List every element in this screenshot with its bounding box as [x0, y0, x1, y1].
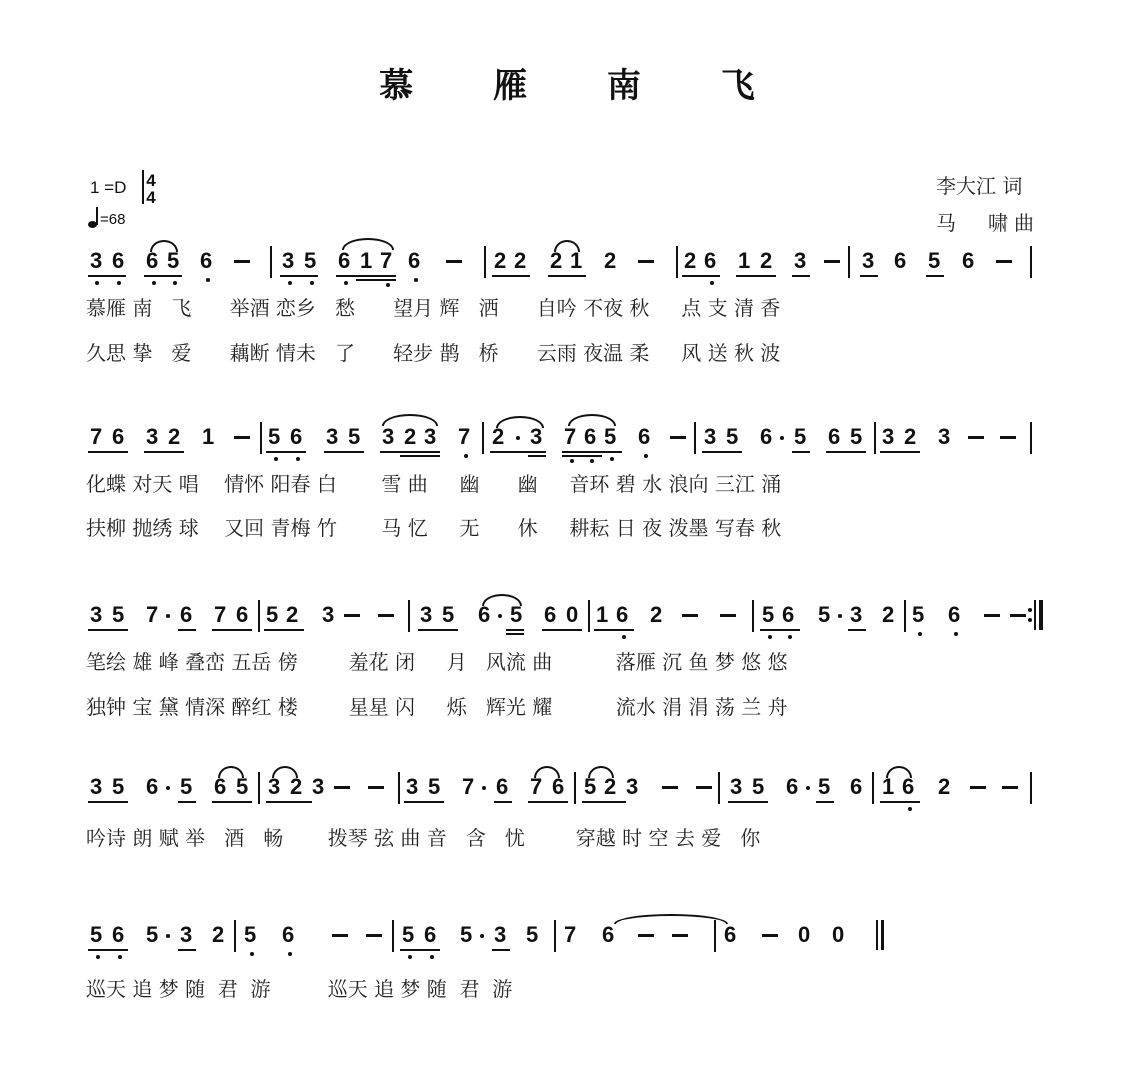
note: 6 — [282, 922, 294, 948]
note: 5 — [402, 922, 414, 948]
quarter-note-icon — [88, 208, 100, 228]
note: 6 — [112, 922, 124, 948]
note: 7 — [90, 424, 102, 450]
note: 2 — [212, 922, 224, 948]
note: 2 — [650, 602, 662, 628]
final-barline — [876, 920, 878, 950]
note: 0 — [566, 602, 578, 628]
note: 1 — [202, 424, 214, 450]
note: 3 — [938, 424, 950, 450]
time-bottom: 4 — [142, 189, 160, 206]
lyrics-line-3b: 独钟 宝 黛 情深 醉红 楼 星星 闪 烁 辉光 耀 流水 涓 涓 荡 兰 舟 — [86, 691, 788, 720]
lyrics-line-1a: 慕雁 南 飞 举酒 恋乡 愁 望月 辉 洒 自吟 不夜 秋 点 支 清 香 — [86, 292, 780, 321]
note: 5 — [526, 922, 538, 948]
note: 3 — [146, 424, 158, 450]
note: 3 — [326, 424, 338, 450]
note: 1 — [596, 602, 608, 628]
note: 2 — [684, 248, 696, 274]
note: 3 — [730, 774, 742, 800]
note: 6 — [236, 602, 248, 628]
note: 3 — [530, 424, 542, 450]
note: 5 — [244, 922, 256, 948]
note: 5 — [236, 774, 248, 800]
note: 5 — [752, 774, 764, 800]
note: 7 — [564, 424, 576, 450]
note: 6 — [146, 774, 158, 800]
note: 5 — [928, 248, 940, 274]
note: 7 — [146, 602, 158, 628]
note: 5 — [428, 774, 440, 800]
note: 3 — [90, 774, 102, 800]
note: 3 — [282, 248, 294, 274]
note: 7 — [458, 424, 470, 450]
note: 5 — [510, 602, 522, 628]
time-top: 4 — [142, 172, 160, 189]
note: 2 — [760, 248, 772, 274]
time-divider — [142, 170, 144, 204]
note: 5 — [762, 602, 774, 628]
lyrics-line-5: 巡天 追 梦 随 君 游 巡天 追 梦 随 君 游 — [86, 973, 512, 1002]
note: 3 — [420, 602, 432, 628]
note: 6 — [544, 602, 556, 628]
note: 5 — [304, 248, 316, 274]
note: 6 — [338, 248, 350, 274]
note: 3 — [424, 424, 436, 450]
note: 6 — [828, 424, 840, 450]
note: 5 — [604, 424, 616, 450]
note: 6 — [478, 602, 490, 628]
note: 5 — [266, 602, 278, 628]
note: 2 — [286, 602, 298, 628]
staff-line-5: 5 6 5 3 2 5 6 5 6 5 3 5 7 6 6 0 0 — [86, 922, 1046, 956]
note: 7 — [462, 774, 474, 800]
note: 2 — [290, 774, 302, 800]
key-signature: 1 =D — [90, 178, 126, 198]
note: 6 — [638, 424, 650, 450]
note: 6 — [290, 424, 302, 450]
note: 0 — [798, 922, 810, 948]
lyrics-line-2b: 扶柳 抛绣 球 又回 青梅 竹 马 忆 无 休 耕耘 日 夜 泼墨 写春 秋 — [86, 512, 781, 541]
note: 6 — [552, 774, 564, 800]
note: 3 — [382, 424, 394, 450]
note: 2 — [492, 424, 504, 450]
note: 0 — [832, 922, 844, 948]
note: 7 — [214, 602, 226, 628]
staff-line-1: 3 6 6 5 6 3 5 6 1 7 6 2 2 2 1 2 2 6 1 2 … — [86, 248, 1046, 282]
note: 6 — [146, 248, 158, 274]
note: 3 — [90, 248, 102, 274]
note: 5 — [460, 922, 472, 948]
note: 6 — [112, 424, 124, 450]
tempo-marking: =68 — [88, 208, 125, 228]
note: 3 — [494, 922, 506, 948]
staff-line-2: 7 6 3 2 1 5 6 3 5 3 2 3 7 2 3 7 6 5 6 3 … — [86, 424, 1046, 458]
note: 3 — [850, 602, 862, 628]
note: 6 — [200, 248, 212, 274]
note: 5 — [268, 424, 280, 450]
note: 5 — [726, 424, 738, 450]
note: 6 — [112, 248, 124, 274]
note: 5 — [818, 774, 830, 800]
note: 7 — [380, 248, 392, 274]
note: 6 — [704, 248, 716, 274]
note: 2 — [550, 248, 562, 274]
note: 3 — [882, 424, 894, 450]
note: 5 — [794, 424, 806, 450]
note: 5 — [912, 602, 924, 628]
note: 6 — [724, 922, 736, 948]
note: 5 — [584, 774, 596, 800]
note: 6 — [584, 424, 596, 450]
note: 6 — [214, 774, 226, 800]
note: 6 — [602, 922, 614, 948]
lyrics-line-4: 吟诗 朗 赋 举 酒 畅 拨琴 弦 曲 音 含 忧 穿越 时 空 去 爱 你 — [86, 822, 760, 851]
note: 3 — [312, 774, 324, 800]
note: 2 — [882, 602, 894, 628]
note: 3 — [406, 774, 418, 800]
note: 3 — [90, 602, 102, 628]
note: 3 — [180, 922, 192, 948]
note: 2 — [604, 248, 616, 274]
note: 7 — [564, 922, 576, 948]
note: 5 — [348, 424, 360, 450]
note: 5 — [112, 602, 124, 628]
note: 5 — [818, 602, 830, 628]
note: 2 — [904, 424, 916, 450]
note: 3 — [322, 602, 334, 628]
note: 3 — [268, 774, 280, 800]
note: 3 — [704, 424, 716, 450]
note: 6 — [962, 248, 974, 274]
note: 5 — [442, 602, 454, 628]
note: 6 — [948, 602, 960, 628]
lyrics-line-3a: 笔绘 雄 峰 叠峦 五岳 傍 羞花 闭 月 风流 曲 落雁 沉 鱼 梦 悠 悠 — [86, 646, 788, 675]
note: 2 — [404, 424, 416, 450]
lyrics-line-1b: 久思 挚 爱 藕断 情未 了 轻步 鹊 桥 云雨 夜温 柔 风 送 秋 波 — [86, 337, 780, 366]
note: 6 — [760, 424, 772, 450]
repeat-end-barline — [1034, 600, 1036, 630]
note: 2 — [168, 424, 180, 450]
note: 6 — [902, 774, 914, 800]
note: 3 — [862, 248, 874, 274]
note: 1 — [882, 774, 894, 800]
note: 2 — [938, 774, 950, 800]
note: 5 — [112, 774, 124, 800]
note: 3 — [794, 248, 806, 274]
note: 5 — [90, 922, 102, 948]
note: 2 — [514, 248, 526, 274]
song-title: 慕 雁 南 飞 — [0, 58, 1134, 107]
composer-credit: 马 啸曲 — [936, 207, 1040, 236]
note: 7 — [530, 774, 542, 800]
note: 2 — [604, 774, 616, 800]
note: 3 — [626, 774, 638, 800]
note: 5 — [167, 248, 179, 274]
tempo-value: =68 — [100, 211, 125, 228]
note: 6 — [782, 602, 794, 628]
time-signature: 4 4 — [142, 172, 160, 206]
lyrics-line-2a: 化蝶 对天 唱 情怀 阳春 白 雪 曲 幽 幽 音环 碧 水 浪向 三江 涌 — [86, 468, 781, 497]
note: 1 — [570, 248, 582, 274]
note: 6 — [786, 774, 798, 800]
note: 5 — [180, 774, 192, 800]
note: 5 — [146, 922, 158, 948]
note: 6 — [408, 248, 420, 274]
note: 6 — [850, 774, 862, 800]
note: 1 — [738, 248, 750, 274]
note: 5 — [850, 424, 862, 450]
note: 1 — [360, 248, 372, 274]
note: 6 — [424, 922, 436, 948]
staff-line-3: 3 5 7 6 7 6 5 2 3 3 5 6 5 6 0 1 6 2 5 6 … — [86, 602, 1046, 636]
lyricist-credit: 李大江 词 — [936, 170, 1022, 199]
staff-line-4: 3 5 6 5 6 5 3 2 3 3 5 7 6 7 6 5 2 3 3 5 … — [86, 774, 1046, 808]
note: 6 — [616, 602, 628, 628]
note: 6 — [894, 248, 906, 274]
note: 6 — [496, 774, 508, 800]
note: 6 — [180, 602, 192, 628]
note: 2 — [494, 248, 506, 274]
